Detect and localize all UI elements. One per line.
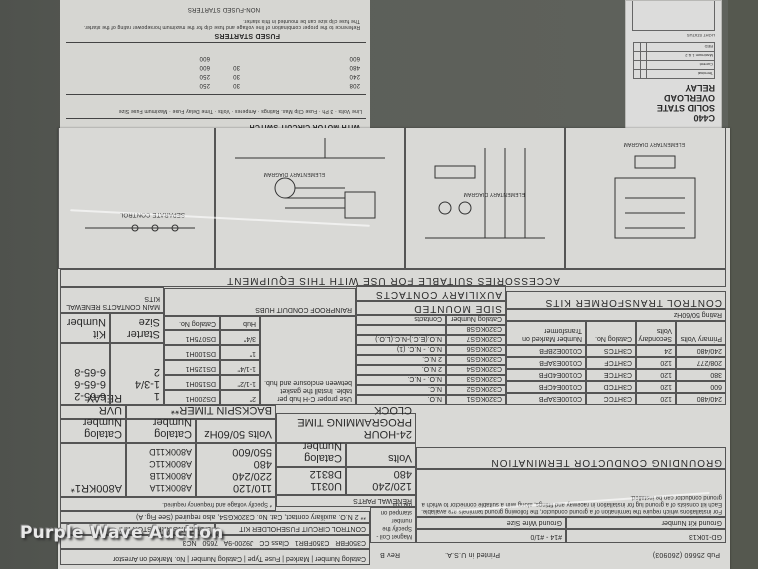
uvr-catalog: A800KR1* bbox=[60, 443, 126, 497]
ct-cell: 120 bbox=[636, 381, 676, 393]
ct-rating: Rating 50/60Hz bbox=[506, 309, 726, 321]
ct-cell: 120 bbox=[636, 357, 676, 369]
backspin-volts-label: Volts 50/60Hz bbox=[196, 419, 276, 443]
hub-size: 1-1/4" bbox=[220, 360, 260, 375]
kit-number-header: Kit Number bbox=[60, 313, 110, 343]
hub-header: Catalog No. bbox=[164, 316, 220, 330]
aux-header: Catalog Number bbox=[446, 315, 506, 325]
light-status-heading: LIGHT STATUS bbox=[632, 33, 715, 38]
relay-spec-table: Terminal Current Maximum 1 & 2 RED bbox=[633, 42, 715, 79]
starter-sizes: 1 1-3/4 2 bbox=[110, 343, 164, 405]
ground-kit-label: Ground Kit Number bbox=[566, 517, 726, 529]
uvr-note: * Specify voltage and frequency required… bbox=[60, 497, 276, 511]
aux-catalog: C320KGS7 bbox=[446, 335, 506, 345]
ground-wire-value: #14 - #1/0 bbox=[416, 529, 566, 543]
fused-heading: FUSED STARTERS bbox=[214, 31, 280, 40]
aux-catalog: C320KGS1 bbox=[446, 395, 506, 405]
grounding-heading: GROUNDING CONDUCTOR TERMINATION bbox=[416, 447, 726, 469]
aux-contacts: N.C. bbox=[356, 385, 446, 395]
ct-cell: C3HTCC bbox=[586, 393, 636, 405]
backspin-catalog: A800K11AA800K11BA800K11CA800K11D bbox=[126, 443, 196, 497]
ct-header: Catalog No. bbox=[586, 321, 636, 345]
aux-catalog: C320KGS5 bbox=[446, 355, 506, 365]
wiring-diagram-3: ELEMENTARY DIAGRAM bbox=[214, 128, 406, 269]
kit-numbers: 6-65-2 6-65-6 6-65-8 bbox=[60, 343, 110, 405]
ct-cell: C3HTCF bbox=[586, 357, 636, 369]
uvr-heading: UVR RELAY bbox=[60, 405, 126, 419]
fuse-note: Reference to the proper combination of l… bbox=[80, 18, 360, 30]
wiring-diagram-4: SEPARATE CONTROL bbox=[58, 128, 216, 269]
ct-cell: C0100E4CFB bbox=[506, 381, 586, 393]
ct-cell: C3HTCE bbox=[586, 369, 636, 381]
ct-cell: 120 bbox=[636, 393, 676, 405]
fuseholder-heading: CONTROL CIRCUIT FUSEHOLDER KIT bbox=[215, 523, 370, 535]
ct-cell: C3HTCD bbox=[586, 381, 636, 393]
ct-cell: 120 bbox=[636, 369, 676, 381]
clock-catalog-label: Catalog Number bbox=[276, 443, 346, 467]
aux-catalog: C320KGS4 bbox=[446, 365, 506, 375]
aux-contacts: N.O.(E.C.)-N.C.(L.O.) bbox=[356, 335, 446, 345]
amp-values: 303030 bbox=[233, 62, 240, 89]
ct-cell: C3HTCS bbox=[586, 345, 636, 357]
ct-cell: 240/480 bbox=[676, 393, 726, 405]
backspin-volts: 110/120220/240480550/600 bbox=[196, 443, 276, 497]
enclosure-edge bbox=[728, 0, 758, 569]
ct-cell: 24 bbox=[636, 345, 676, 357]
renewal-heading: RENEWAL PARTS bbox=[276, 495, 416, 507]
ct-cell: C0100E2BFB bbox=[506, 345, 586, 357]
hub-header: Hub bbox=[220, 316, 260, 330]
wiring-diagram-1: ELEMENTARY DIAGRAM bbox=[564, 128, 726, 269]
column-headers: Line Volts · 3 Ph · Fuse Clip Max. Ratin… bbox=[72, 106, 362, 115]
clock-volts: 120/240480 bbox=[346, 467, 416, 495]
hub-catalog: DS125H1 bbox=[164, 360, 220, 375]
clock-volts-label: Volts bbox=[346, 443, 416, 467]
ct-cell: 380 bbox=[676, 369, 726, 381]
hub-catalog: DS200H1 bbox=[164, 390, 220, 405]
revision: Rev B bbox=[380, 550, 400, 559]
starter-size-header: Starter Size bbox=[110, 313, 164, 343]
aux-header: Contacts bbox=[356, 315, 446, 325]
uvr-catalog-label: Catalog Number bbox=[60, 419, 126, 443]
ct-cell: 240/480 bbox=[676, 345, 726, 357]
hub-size: 1" bbox=[220, 345, 260, 360]
hub-size: 1-1/2" bbox=[220, 375, 260, 390]
clock-heading: 24-HOUR PROGRAMMING TIME CLOCK bbox=[276, 413, 416, 443]
ct-header: Secondary Volts bbox=[636, 321, 676, 345]
hub-note: Use proper C-H hub per table. Install th… bbox=[260, 316, 356, 405]
ct-cell: C0100E3APB bbox=[506, 393, 586, 405]
fuse-clip-label: WITH MOTOR CIRCUIT SWITCH Line Volts · 3… bbox=[60, 0, 370, 135]
fuse-kit-headers: Catalog Number | Marked | Fuse Type | Ca… bbox=[60, 549, 370, 565]
wiring-diagram-2: ELEMENTARY DIAGRAM bbox=[404, 128, 566, 269]
backspin-heading: BACKSPIN TIMER** bbox=[126, 405, 276, 419]
ct-cell: 208/277 bbox=[676, 357, 726, 369]
ground-wire-label: Ground Wire Size bbox=[416, 517, 566, 529]
aux-contacts: N.O. - N.C. (1) bbox=[356, 345, 446, 355]
ct-cell: C0100E3AFB bbox=[506, 357, 586, 369]
nonfused-heading: NON-FUSED STARTERS bbox=[188, 4, 260, 13]
ground-kit-value: GD-10K13 bbox=[566, 529, 726, 543]
hub-heading: RAINPROOF CONDUIT HUBS bbox=[164, 288, 356, 316]
hub-size: 3/4" bbox=[220, 330, 260, 345]
accessories-label: Pub 25660 (260903) Printed in U.S.A. Rev… bbox=[58, 128, 730, 569]
watermark-text: Purple Wave Auction bbox=[20, 523, 223, 543]
aux-contacts bbox=[356, 325, 446, 335]
volts-values: 208240480600 bbox=[349, 53, 360, 89]
renewal-note: Magnet Coil - Specify the number stamped… bbox=[370, 507, 416, 543]
aux-catalog: C320KGS2 bbox=[446, 385, 506, 395]
ct-header: Number Marked on Transformer bbox=[506, 321, 586, 345]
ct-cell: 600 bbox=[676, 381, 726, 393]
ct-header: Primary Volts bbox=[676, 321, 726, 345]
relay-notes bbox=[632, 0, 715, 31]
hub-catalog: DS075H1 bbox=[164, 330, 220, 345]
aux-contacts: 2 N.C. bbox=[356, 355, 446, 365]
footnote: ** 2 N.O. auxiliary contact, Cat. No. C3… bbox=[60, 511, 370, 523]
hub-size: 2" bbox=[220, 390, 260, 405]
relay-model: C440 bbox=[632, 113, 715, 123]
aux-contacts: N.O. - N.C. bbox=[356, 375, 446, 385]
pub-number: Pub 25660 (260903) bbox=[653, 550, 720, 559]
ct-cell: C0100E4DFB bbox=[506, 369, 586, 381]
hub-catalog: DS150H1 bbox=[164, 375, 220, 390]
aux-subheading: SIDE MOUNTED bbox=[356, 301, 506, 315]
backspin-catalog-label: Catalog Number bbox=[126, 419, 196, 443]
aux-heading: AUXILIARY CONTACTS bbox=[356, 285, 506, 301]
ct-heading: CONTROL TRANSFORMER KITS bbox=[506, 291, 726, 309]
relay-title-1: SOLID STATE bbox=[632, 103, 715, 113]
hub-catalog: DS100H1 bbox=[164, 345, 220, 360]
relay-title-2: OVERLOAD RELAY bbox=[632, 83, 715, 103]
main-contacts-heading: MAIN CONTACTS RENEWAL KITS bbox=[60, 287, 164, 313]
clock-catalog: U0311D8312 bbox=[276, 467, 346, 495]
aux-catalog: C320KGS3 bbox=[446, 375, 506, 385]
aux-catalog: C320KGS8 bbox=[446, 325, 506, 335]
aux-contacts: 2 N.O. bbox=[356, 365, 446, 375]
volt-ratings: 250250600600 bbox=[199, 53, 210, 89]
aux-contacts: N.O. bbox=[356, 395, 446, 405]
printed-in: Printed in U.S.A. bbox=[445, 550, 500, 559]
aux-catalog: C320KGS6 bbox=[446, 345, 506, 355]
